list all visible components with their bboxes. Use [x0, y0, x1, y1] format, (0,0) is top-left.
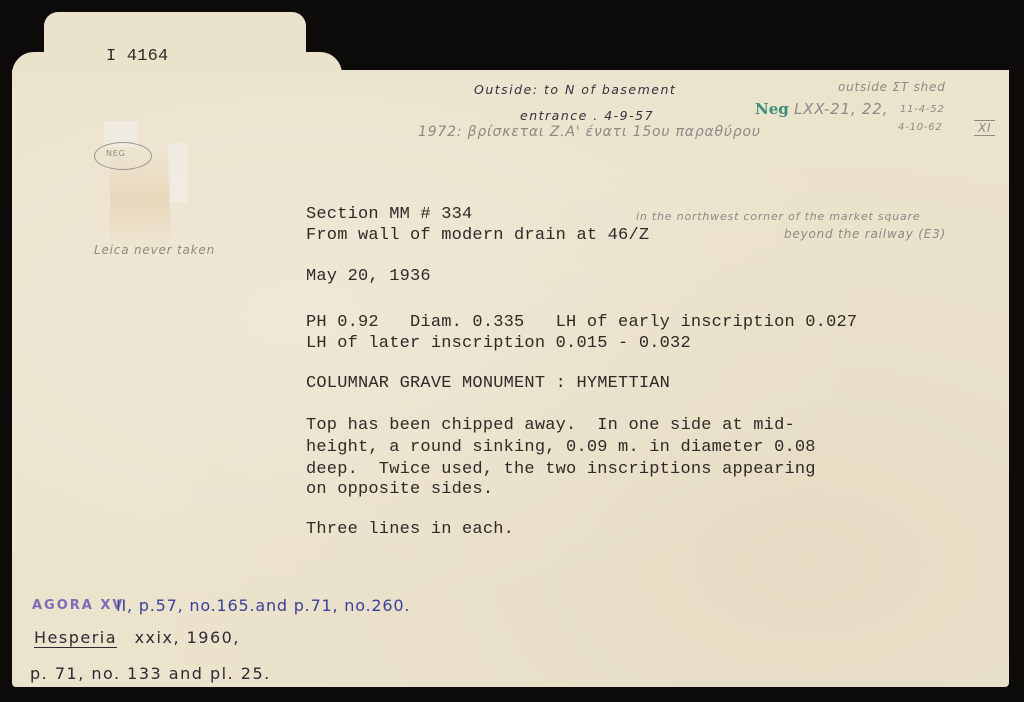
agora-reference: II, p.57, no.165.and p.71, no.260.: [116, 596, 410, 615]
hesperia-title: Hesperia: [34, 628, 117, 648]
storage-note: outside ΣΤ shed: [838, 80, 946, 94]
location-note: entrance . 4-9-57: [520, 108, 654, 123]
inscription-lines-note: Three lines in each.: [306, 519, 514, 540]
hesperia-reference: xxix, 1960,: [128, 628, 240, 647]
findspot-note: beyond the railway (E3): [784, 227, 946, 241]
photo-residue: [168, 143, 188, 203]
findspot-note: in the northwest corner of the market sq…: [636, 210, 920, 223]
description-line: height, a round sinking, 0.09 m. in diam…: [306, 437, 816, 458]
leica-note: Leica never taken: [94, 243, 215, 257]
location-note: Outside: to N of basement: [474, 82, 676, 97]
neg-oval-label: NEG: [106, 149, 126, 158]
negative-numbers: LXX-21, 22,: [794, 100, 888, 118]
neg-date: 11-4-52: [900, 104, 945, 115]
hesperia-page-reference: p. 71, no. 133 and pl. 25.: [30, 664, 271, 683]
description-line: on opposite sides.: [306, 479, 493, 500]
section-number: Section MM # 334: [306, 204, 472, 225]
agora-stamp: AGORA XV: [32, 598, 124, 613]
neg-stamp: Neg: [755, 100, 789, 118]
dimensions: PH 0.92 Diam. 0.335 LH of early inscript…: [306, 312, 857, 333]
greek-location-note: 1972: βρίσκεται Ζ.Α' ένατι 15ου παραθύρο…: [418, 124, 761, 140]
find-date: May 20, 1936: [306, 266, 431, 287]
dimensions: LH of later inscription 0.015 - 0.032: [306, 333, 691, 354]
inventory-number: I 4164: [106, 46, 168, 67]
object-title: COLUMNAR GRAVE MONUMENT : HYMETTIAN: [306, 373, 670, 394]
description-line: deep. Twice used, the two inscriptions a…: [306, 459, 816, 480]
neg-date: 4-10-62: [898, 122, 943, 133]
description-line: Top has been chipped away. In one side a…: [306, 415, 795, 436]
box-number: XI: [974, 120, 995, 136]
findspot: From wall of modern drain at 46/Z: [306, 225, 649, 246]
